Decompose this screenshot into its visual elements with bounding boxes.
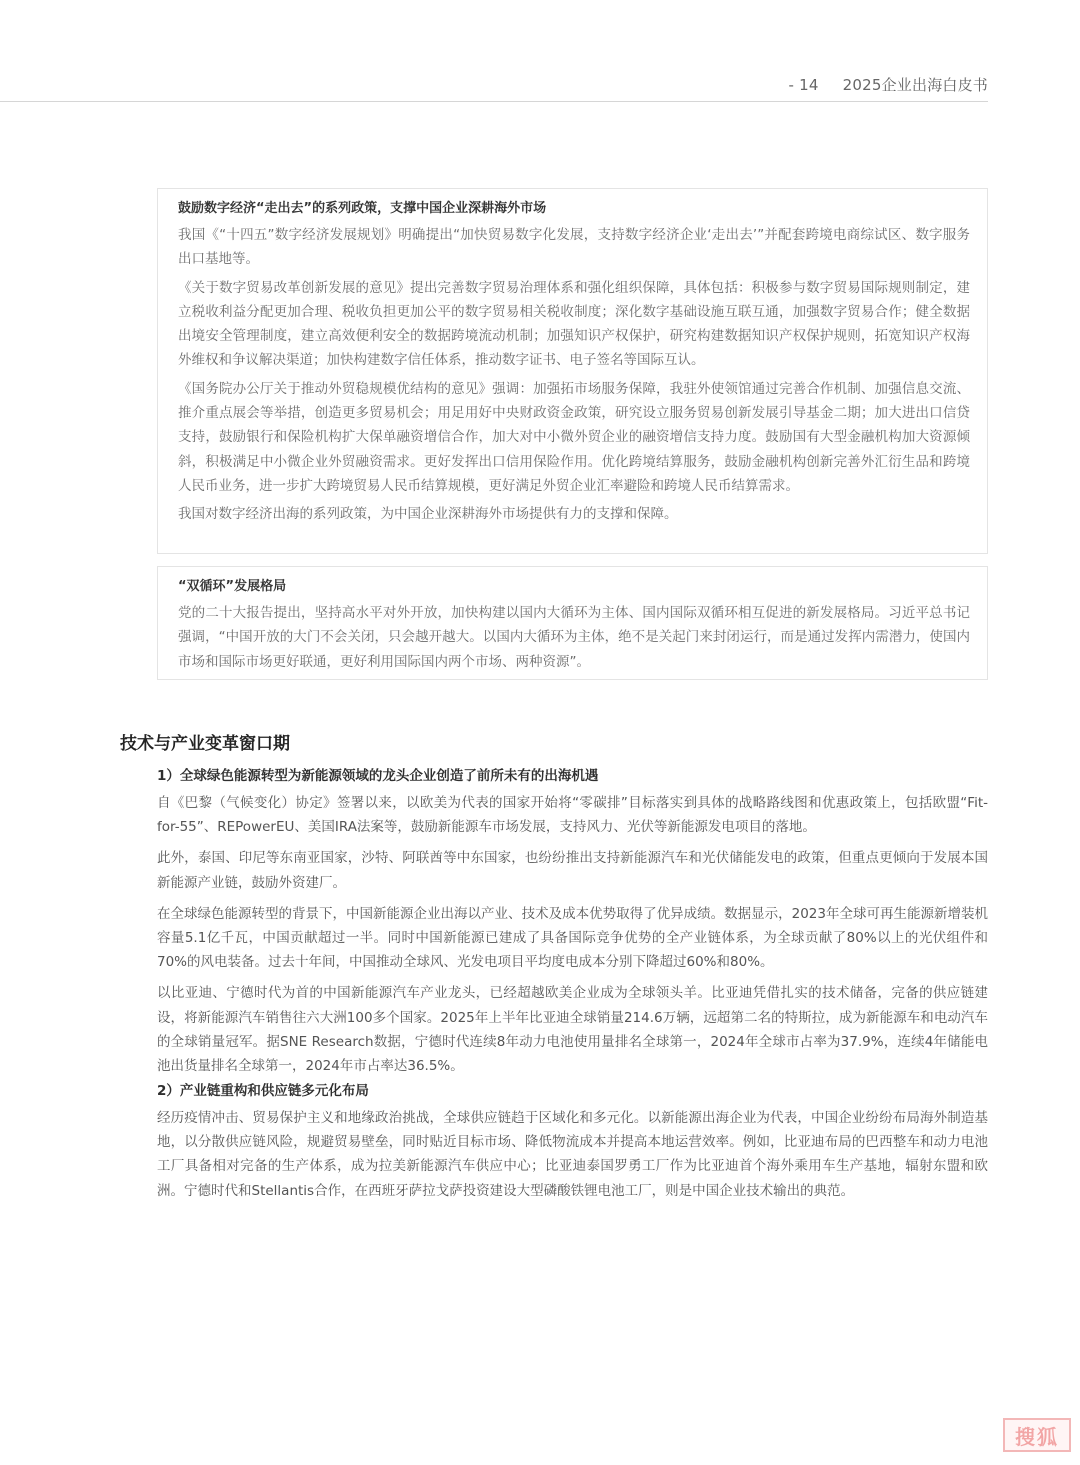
- callout-paragraph: 《国务院办公厅关于推动外贸稳规模优结构的意见》强调：加强拓市场服务保障，我驻外使…: [178, 377, 970, 498]
- section-title: 技术与产业变革窗口期: [120, 729, 290, 754]
- callout-paragraph: 党的二十大报告提出，坚持高水平对外开放，加快构建以国内大循环为主体、国内国际双循…: [178, 601, 970, 674]
- callout-title: “双循环”发展格局: [178, 577, 970, 597]
- body-paragraph: 以比亚迪、宁德时代为首的中国新能源汽车产业龙头，已经超越欧美企业成为全球领头羊。…: [157, 981, 988, 1078]
- page-number: - 14: [789, 76, 819, 94]
- subsection-supply-chain: 2）产业链重构和供应链多元化布局 经历疫情冲击、贸易保护主义和地缘政治挑战，全球…: [157, 1081, 988, 1210]
- body-paragraph: 此外，泰国、印尼等东南亚国家，沙特、阿联酋等中东国家，也纷纷推出支持新能源汽车和…: [157, 846, 988, 894]
- callout-title: 鼓励数字经济“走出去”的系列政策，支撑中国企业深耕海外市场: [178, 199, 970, 219]
- doc-title: 2025企业出海白皮书: [843, 74, 988, 95]
- document-page: - 14 2025企业出海白皮书 鼓励数字经济“走出去”的系列政策，支撑中国企业…: [0, 0, 1080, 1465]
- subsection-heading: 1）全球绿色能源转型为新能源领域的龙头企业创造了前所未有的出海机遇: [157, 766, 988, 786]
- body-paragraph: 经历疫情冲击、贸易保护主义和地缘政治挑战，全球供应链趋于区域化和多元化。以新能源…: [157, 1106, 988, 1203]
- dual-circulation-callout-box: “双循环”发展格局 党的二十大报告提出，坚持高水平对外开放，加快构建以国内大循环…: [157, 566, 988, 680]
- callout-paragraph: 《关于数字贸易改革创新发展的意见》提出完善数字贸易治理体系和强化组织保障，具体包…: [178, 276, 970, 373]
- watermark-stamp: 搜狐: [1003, 1418, 1071, 1452]
- body-paragraph: 自《巴黎（气候变化）协定》签署以来，以欧美为代表的国家开始将“零碳排”目标落实到…: [157, 791, 988, 839]
- subsection-heading: 2）产业链重构和供应链多元化布局: [157, 1081, 988, 1101]
- header-divider: [0, 101, 988, 102]
- subsection-green-energy: 1）全球绿色能源转型为新能源领域的龙头企业创造了前所未有的出海机遇 自《巴黎（气…: [157, 766, 988, 1085]
- running-header: - 14 2025企业出海白皮书: [789, 74, 988, 95]
- callout-paragraph: 我国对数字经济出海的系列政策，为中国企业深耕海外市场提供有力的支撑和保障。: [178, 502, 970, 526]
- policy-callout-box: 鼓励数字经济“走出去”的系列政策，支撑中国企业深耕海外市场 我国《“十四五”数字…: [157, 188, 988, 554]
- body-paragraph: 在全球绿色能源转型的背景下，中国新能源企业出海以产业、技术及成本优势取得了优异成…: [157, 902, 988, 975]
- callout-paragraph: 我国《“十四五”数字经济发展规划》明确提出“加快贸易数字化发展，支持数字经济企业…: [178, 223, 970, 272]
